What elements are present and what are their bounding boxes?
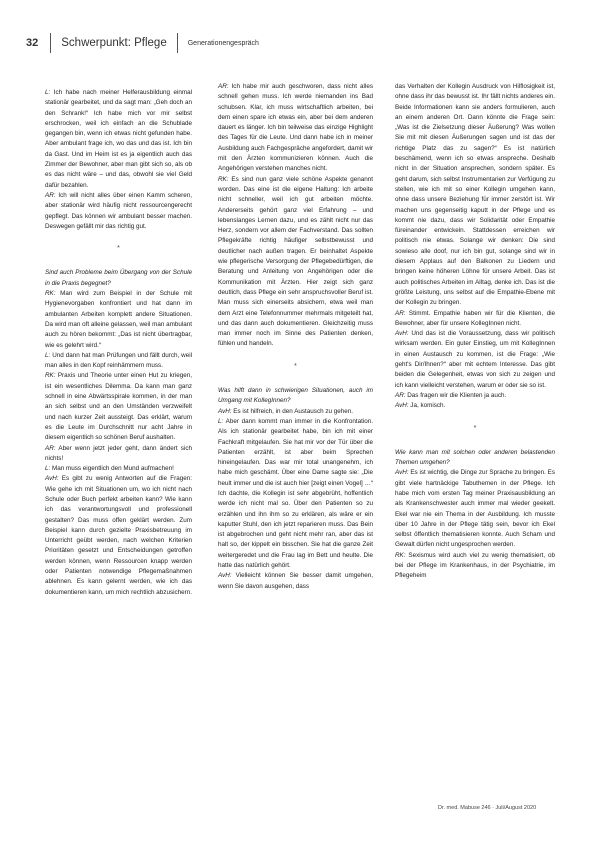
answer-text: Es sind nun ganz viele schöne Aspekte ge…	[218, 176, 373, 348]
interview-answer: das Verhalten der Kollegin Ausdruck von …	[395, 82, 555, 309]
interview-question: Wie kann man mit solchen oder anderen be…	[395, 448, 555, 469]
answer-text: Und das ist die Voraussetzung, dass wir …	[395, 330, 555, 388]
answer-text: Stimmt. Empathie haben wir für die Klien…	[395, 310, 555, 327]
interview-answer: L: Aber dann kommt man immer in die Konf…	[218, 417, 373, 571]
interview-answer: AvH: Es ist wichtig, die Dinge zur Sprac…	[395, 468, 555, 550]
speaker-label: AvH:	[218, 572, 232, 579]
answer-text: Man wird zum Beispiel in der Schule mit …	[45, 290, 192, 348]
interview-answer: AvH: Und das ist die Voraussetzung, dass…	[395, 329, 555, 391]
speaker-label: AR:	[395, 310, 406, 317]
section-title: Schwerpunkt: Pflege	[57, 37, 170, 49]
interview-answer: AvH: Es gibt zu wenig Antworten auf die …	[45, 474, 192, 598]
speaker-label: L:	[45, 352, 50, 359]
speaker-label: RK:	[395, 552, 406, 559]
answer-text: Praxis und Theorie unter einen Hut zu kr…	[45, 372, 192, 441]
text-column-2: AR: Ich habe mir auch geschworen, dass n…	[218, 82, 373, 592]
page-header: 32 Schwerpunkt: Pflege Generationengespr…	[26, 33, 263, 53]
page-footer: Dr. med. Mabuse 246 · Juli/August 2020	[438, 805, 536, 811]
speaker-label: RK:	[45, 290, 56, 297]
interview-answer: AvH: Es ist hilfreich, in den Austausch …	[218, 407, 373, 417]
answer-text: Ich habe mir auch geschworen, dass nicht…	[218, 83, 373, 172]
speaker-label: AvH:	[218, 408, 232, 415]
answer-text: Ich will nicht alles über einen Kamm sch…	[45, 192, 192, 230]
speaker-label: AR:	[218, 83, 229, 90]
interview-answer: AR: Ich habe mir auch geschworen, dass n…	[218, 82, 373, 175]
answer-text: Es ist wichtig, die Dinge zur Sprache zu…	[395, 469, 555, 548]
section-separator: *	[45, 244, 192, 254]
answer-text: Es ist hilfreich, in den Austausch zu ge…	[233, 408, 353, 415]
answer-text: Es gibt zu wenig Antworten auf die Frage…	[45, 475, 192, 595]
page-number: 32	[26, 37, 44, 49]
interview-answer: AR: Das fragen wir die Klienten ja auch.	[395, 391, 555, 401]
interview-answer: RK: Es sind nun ganz viele schöne Aspekt…	[218, 175, 373, 350]
answer-text: Aber dann kommt man immer in die Konfron…	[218, 418, 373, 569]
interview-answer: AR: Aber wenn jetzt jeder geht, dann änd…	[45, 444, 192, 465]
answer-text: Das fragen wir die Klienten ja auch.	[407, 392, 506, 399]
answer-text: Aber wenn jetzt jeder geht, dann ändert …	[45, 445, 192, 462]
speaker-label: AvH:	[395, 469, 409, 476]
answer-text: Ja, komisch.	[410, 402, 445, 409]
section-separator: *	[218, 362, 373, 372]
interview-answer: L: Ich habe nach meiner Helferausbildung…	[45, 88, 192, 191]
interview-answer: L: Und dann hat man Prüfungen und fällt …	[45, 351, 192, 372]
answer-text: Ich habe nach meiner Helferausbildung ei…	[45, 89, 192, 189]
interview-answer: RK: Praxis und Theorie unter einen Hut z…	[45, 371, 192, 443]
speaker-label: L:	[218, 418, 223, 425]
interview-answer: L: Man muss eigentlich den Mund aufmache…	[45, 464, 192, 474]
text-column-1: L: Ich habe nach meiner Helferausbildung…	[45, 88, 192, 598]
speaker-label: L:	[45, 465, 50, 472]
interview-answer: AR: Ich will nicht alles über einen Kamm…	[45, 191, 192, 232]
speaker-label: AvH:	[395, 402, 409, 409]
interview-answer: AR: Stimmt. Empathie haben wir für die K…	[395, 309, 555, 330]
header-divider	[177, 33, 178, 53]
header-divider	[50, 33, 51, 53]
speaker-label: RK:	[218, 176, 229, 183]
interview-question: Sind auch Probleme beim Übergang von der…	[45, 268, 192, 289]
section-separator: *	[395, 424, 555, 434]
answer-text: Man muss eigentlich den Mund aufmachen!	[52, 465, 174, 472]
interview-answer: RK: Sexismus wird auch viel zu wenig the…	[395, 551, 555, 582]
interview-answer: RK: Man wird zum Beispiel in der Schule …	[45, 289, 192, 351]
answer-text: Und dann hat man Prüfungen und fällt dur…	[45, 352, 192, 369]
interview-answer: AvH: Ja, komisch.	[395, 401, 555, 411]
interview-answer: AvH: Vielleicht können Sie besser damit …	[218, 571, 373, 592]
answer-text: Vielleicht können Sie besser damit umgeh…	[218, 572, 373, 589]
speaker-label: AvH:	[395, 330, 409, 337]
speaker-label: L:	[45, 89, 50, 96]
speaker-label: AR:	[45, 192, 56, 199]
answer-text: das Verhalten der Kollegin Ausdruck von …	[395, 83, 555, 306]
speaker-label: AR:	[45, 445, 56, 452]
speaker-label: AR:	[395, 392, 406, 399]
speaker-label: AvH:	[45, 475, 59, 482]
text-column-3: das Verhalten der Kollegin Ausdruck von …	[395, 82, 555, 582]
interview-question: Was hilft dann in schwierigen Situatione…	[218, 386, 373, 407]
speaker-label: RK:	[45, 372, 56, 379]
answer-text: Sexismus wird auch viel zu wenig themati…	[395, 552, 555, 580]
subsection-title: Generationengespräch	[184, 40, 263, 47]
